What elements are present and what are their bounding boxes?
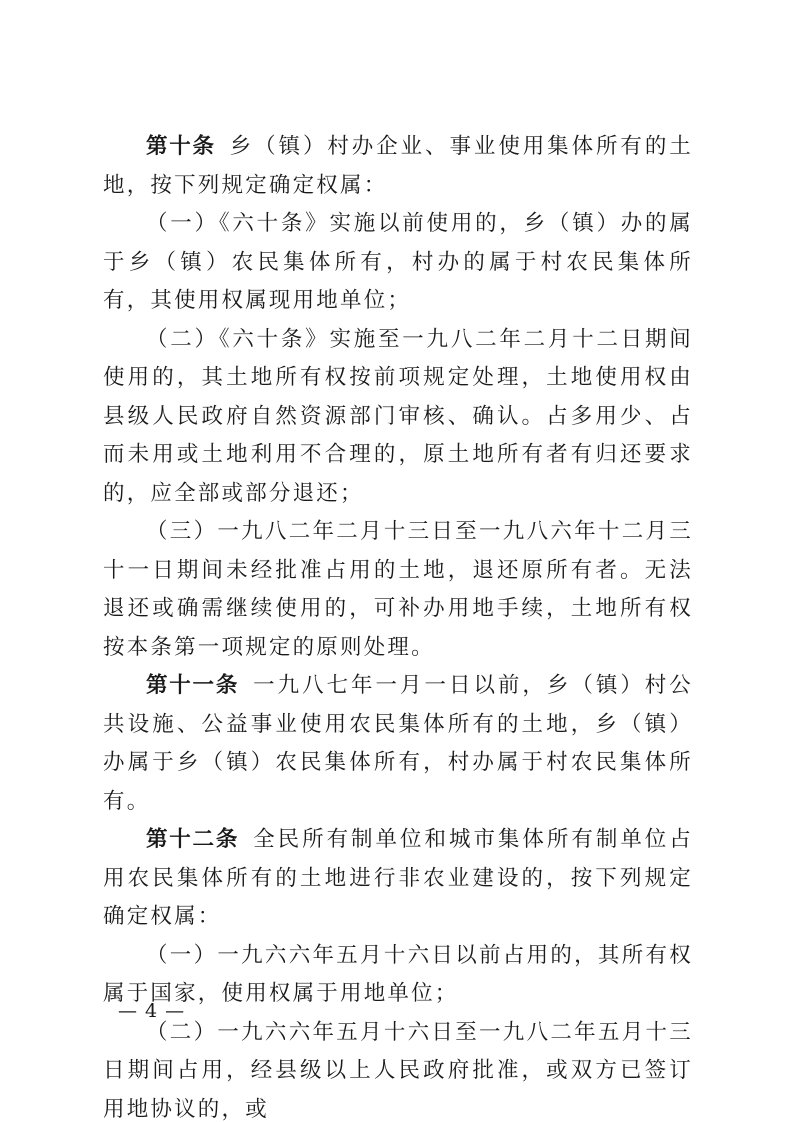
article-12-item-1: （一）一九六六年五月十六日以前占用的，其所有权属于国家，使用权属于用地单位； (103, 937, 693, 1014)
article-12: 第十二条全民所有制单位和城市集体所有制单位占用农民集体所有的土地进行非农业建设的… (103, 821, 693, 937)
article-12-item-2: （二）一九六六年五月十六日至一九八二年五月十三日期间占用，经县级以上人民政府批准… (103, 1014, 693, 1122)
article-title: 第十一条 (146, 673, 239, 698)
article-title: 第十二条 (146, 827, 239, 852)
article-10-item-1: （一）《六十条》实施以前使用的，乡（镇）办的属于乡（镇）农民集体所有，村办的属于… (103, 205, 693, 321)
document-body: 第十条乡（镇）村办企业、事业使用集体所有的土地，按下列规定确定权属： （一）《六… (103, 128, 693, 1122)
article-11: 第十一条一九八七年一月一日以前，乡（镇）村公共设施、公益事业使用农民集体所有的土… (103, 667, 693, 821)
article-10-item-2: （二）《六十条》实施至一九八二年二月十二日期间使用的，其土地所有权按前项规定处理… (103, 321, 693, 514)
article-title: 第十条 (146, 134, 216, 159)
page-number: — 4 — (118, 1000, 185, 1022)
article-10: 第十条乡（镇）村办企业、事业使用集体所有的土地，按下列规定确定权属： (103, 128, 693, 205)
article-10-item-3: （三）一九八二年二月十三日至一九八六年十二月三十一日期间未经批准占用的土地，退还… (103, 513, 693, 667)
